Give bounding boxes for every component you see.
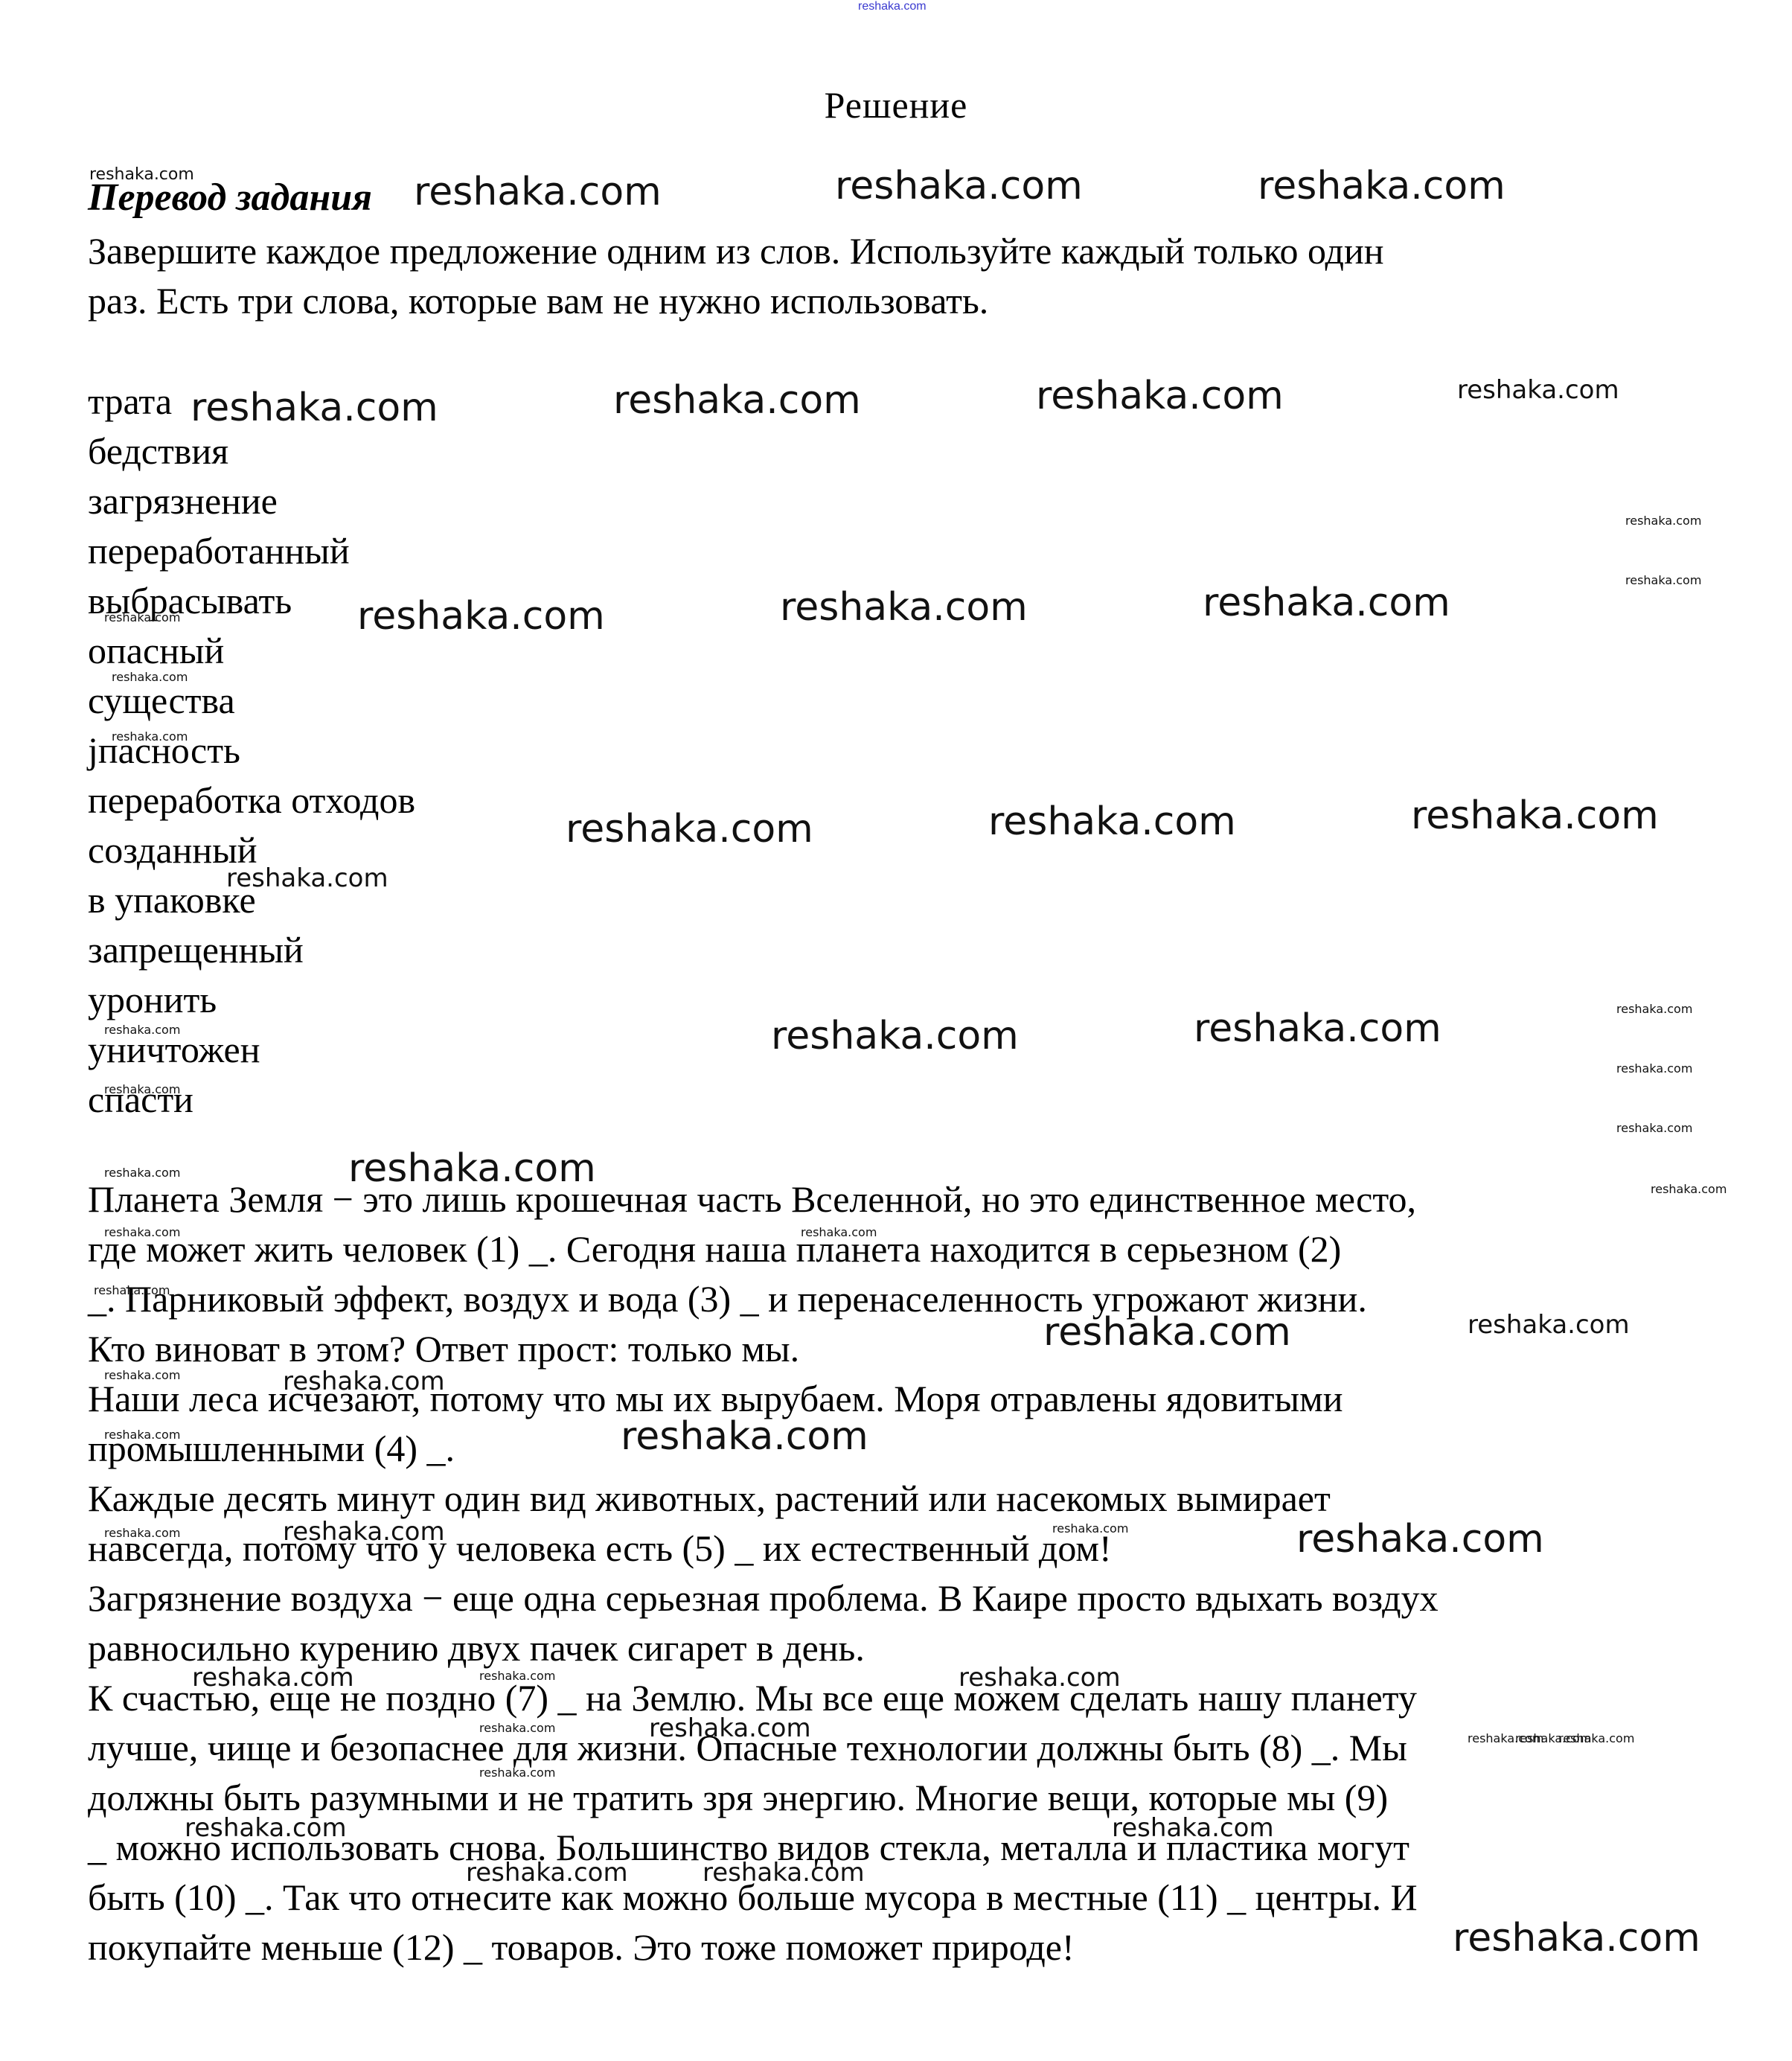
- passage-line: Наши леса исчезают, потому что мы их выр…: [88, 1374, 1740, 1424]
- watermark: reshaka.com: [1411, 793, 1659, 838]
- word-bank-item: переработка отходов: [88, 776, 415, 825]
- word-bank-item: созданный: [88, 825, 415, 875]
- watermark: reshaka.com: [835, 164, 1083, 208]
- passage-line: _. Парниковый эффект, воздух и вода (3) …: [88, 1274, 1740, 1324]
- passage-line: где может жить человек (1) _. Сегодня на…: [88, 1224, 1740, 1274]
- watermark: reshaka.com: [1036, 374, 1284, 418]
- watermark: reshaka.com: [771, 1014, 1019, 1058]
- passage-line: быть (10) _. Так что отнесите как можно …: [88, 1873, 1740, 1923]
- word-bank-item: существа: [88, 676, 415, 726]
- instructions-line: Завершите каждое предложение одним из сл…: [88, 226, 1725, 276]
- word-bank: трата бедствия загрязнение переработанны…: [88, 377, 415, 1125]
- word-bank-item: бедствия: [88, 426, 415, 476]
- watermark: reshaka.com: [1194, 1006, 1441, 1051]
- word-bank-item: уничтожен: [88, 1025, 415, 1075]
- word-bank-item: переработанный: [88, 526, 415, 576]
- passage-line: Загрязнение воздуха − еще одна серьезная…: [88, 1573, 1740, 1623]
- word-bank-item: трата: [88, 377, 415, 426]
- word-bank-item: загрязнение: [88, 476, 415, 526]
- watermark: reshaka.com: [613, 378, 861, 423]
- word-bank-item: спасти: [88, 1075, 415, 1125]
- word-bank-item: jпасность: [88, 726, 415, 776]
- watermark: reshaka.com: [780, 585, 1028, 630]
- passage-line: покупайте меньше (12) _ товаров. Это тож…: [88, 1923, 1740, 1972]
- passage-line: Кто виноват в этом? Ответ прост: только …: [88, 1324, 1740, 1374]
- word-bank-item: запрещенный: [88, 925, 415, 975]
- passage-line: _ можно использовать снова. Большинство …: [88, 1823, 1740, 1873]
- watermark: reshaka.com: [1625, 514, 1701, 528]
- word-bank-item: выбрасывать: [88, 576, 415, 626]
- watermark: reshaka.com: [1616, 1002, 1692, 1016]
- watermark: reshaka.com: [988, 799, 1236, 844]
- passage-line: Каждые десять минут один вид животных, р…: [88, 1474, 1740, 1524]
- watermark: reshaka.com: [1457, 375, 1619, 405]
- passage-line: лучше, чище и безопаснее для жизни. Опас…: [88, 1723, 1740, 1773]
- passage-line: должны быть разумными и не тратить зря э…: [88, 1773, 1740, 1823]
- watermark: reshaka.com: [1616, 1121, 1692, 1135]
- section-heading: Перевод задания: [88, 176, 372, 220]
- passage: Планета Земля − это лишь крошечная часть…: [88, 1175, 1740, 1972]
- word-bank-item: в упаковке: [88, 875, 415, 925]
- passage-line: Планета Земля − это лишь крошечная часть…: [88, 1175, 1740, 1224]
- watermark: reshaka.com: [414, 170, 662, 214]
- watermark: reshaka.com: [1203, 581, 1450, 625]
- word-bank-item: опасный: [88, 626, 415, 676]
- passage-line: К счастью, еще не поздно (7) _ на Землю.…: [88, 1673, 1740, 1723]
- instructions: Завершите каждое предложение одним из сл…: [88, 226, 1725, 326]
- page-title: Решение: [0, 83, 1792, 127]
- top-watermark: reshaka.com: [858, 0, 927, 13]
- instructions-line: раз. Есть три слова, которые вам не нужн…: [88, 276, 1725, 326]
- passage-line: навсегда, потому что у человека есть (5)…: [88, 1524, 1740, 1573]
- watermark: reshaka.com: [1258, 164, 1505, 208]
- passage-line: равносильно курению двух пачек сигарет в…: [88, 1623, 1740, 1673]
- passage-line: промышленными (4) _.: [88, 1424, 1740, 1474]
- watermark: reshaka.com: [1625, 573, 1701, 587]
- watermark: reshaka.com: [1616, 1061, 1692, 1076]
- watermark: reshaka.com: [566, 807, 813, 851]
- word-bank-item: уронить: [88, 975, 415, 1025]
